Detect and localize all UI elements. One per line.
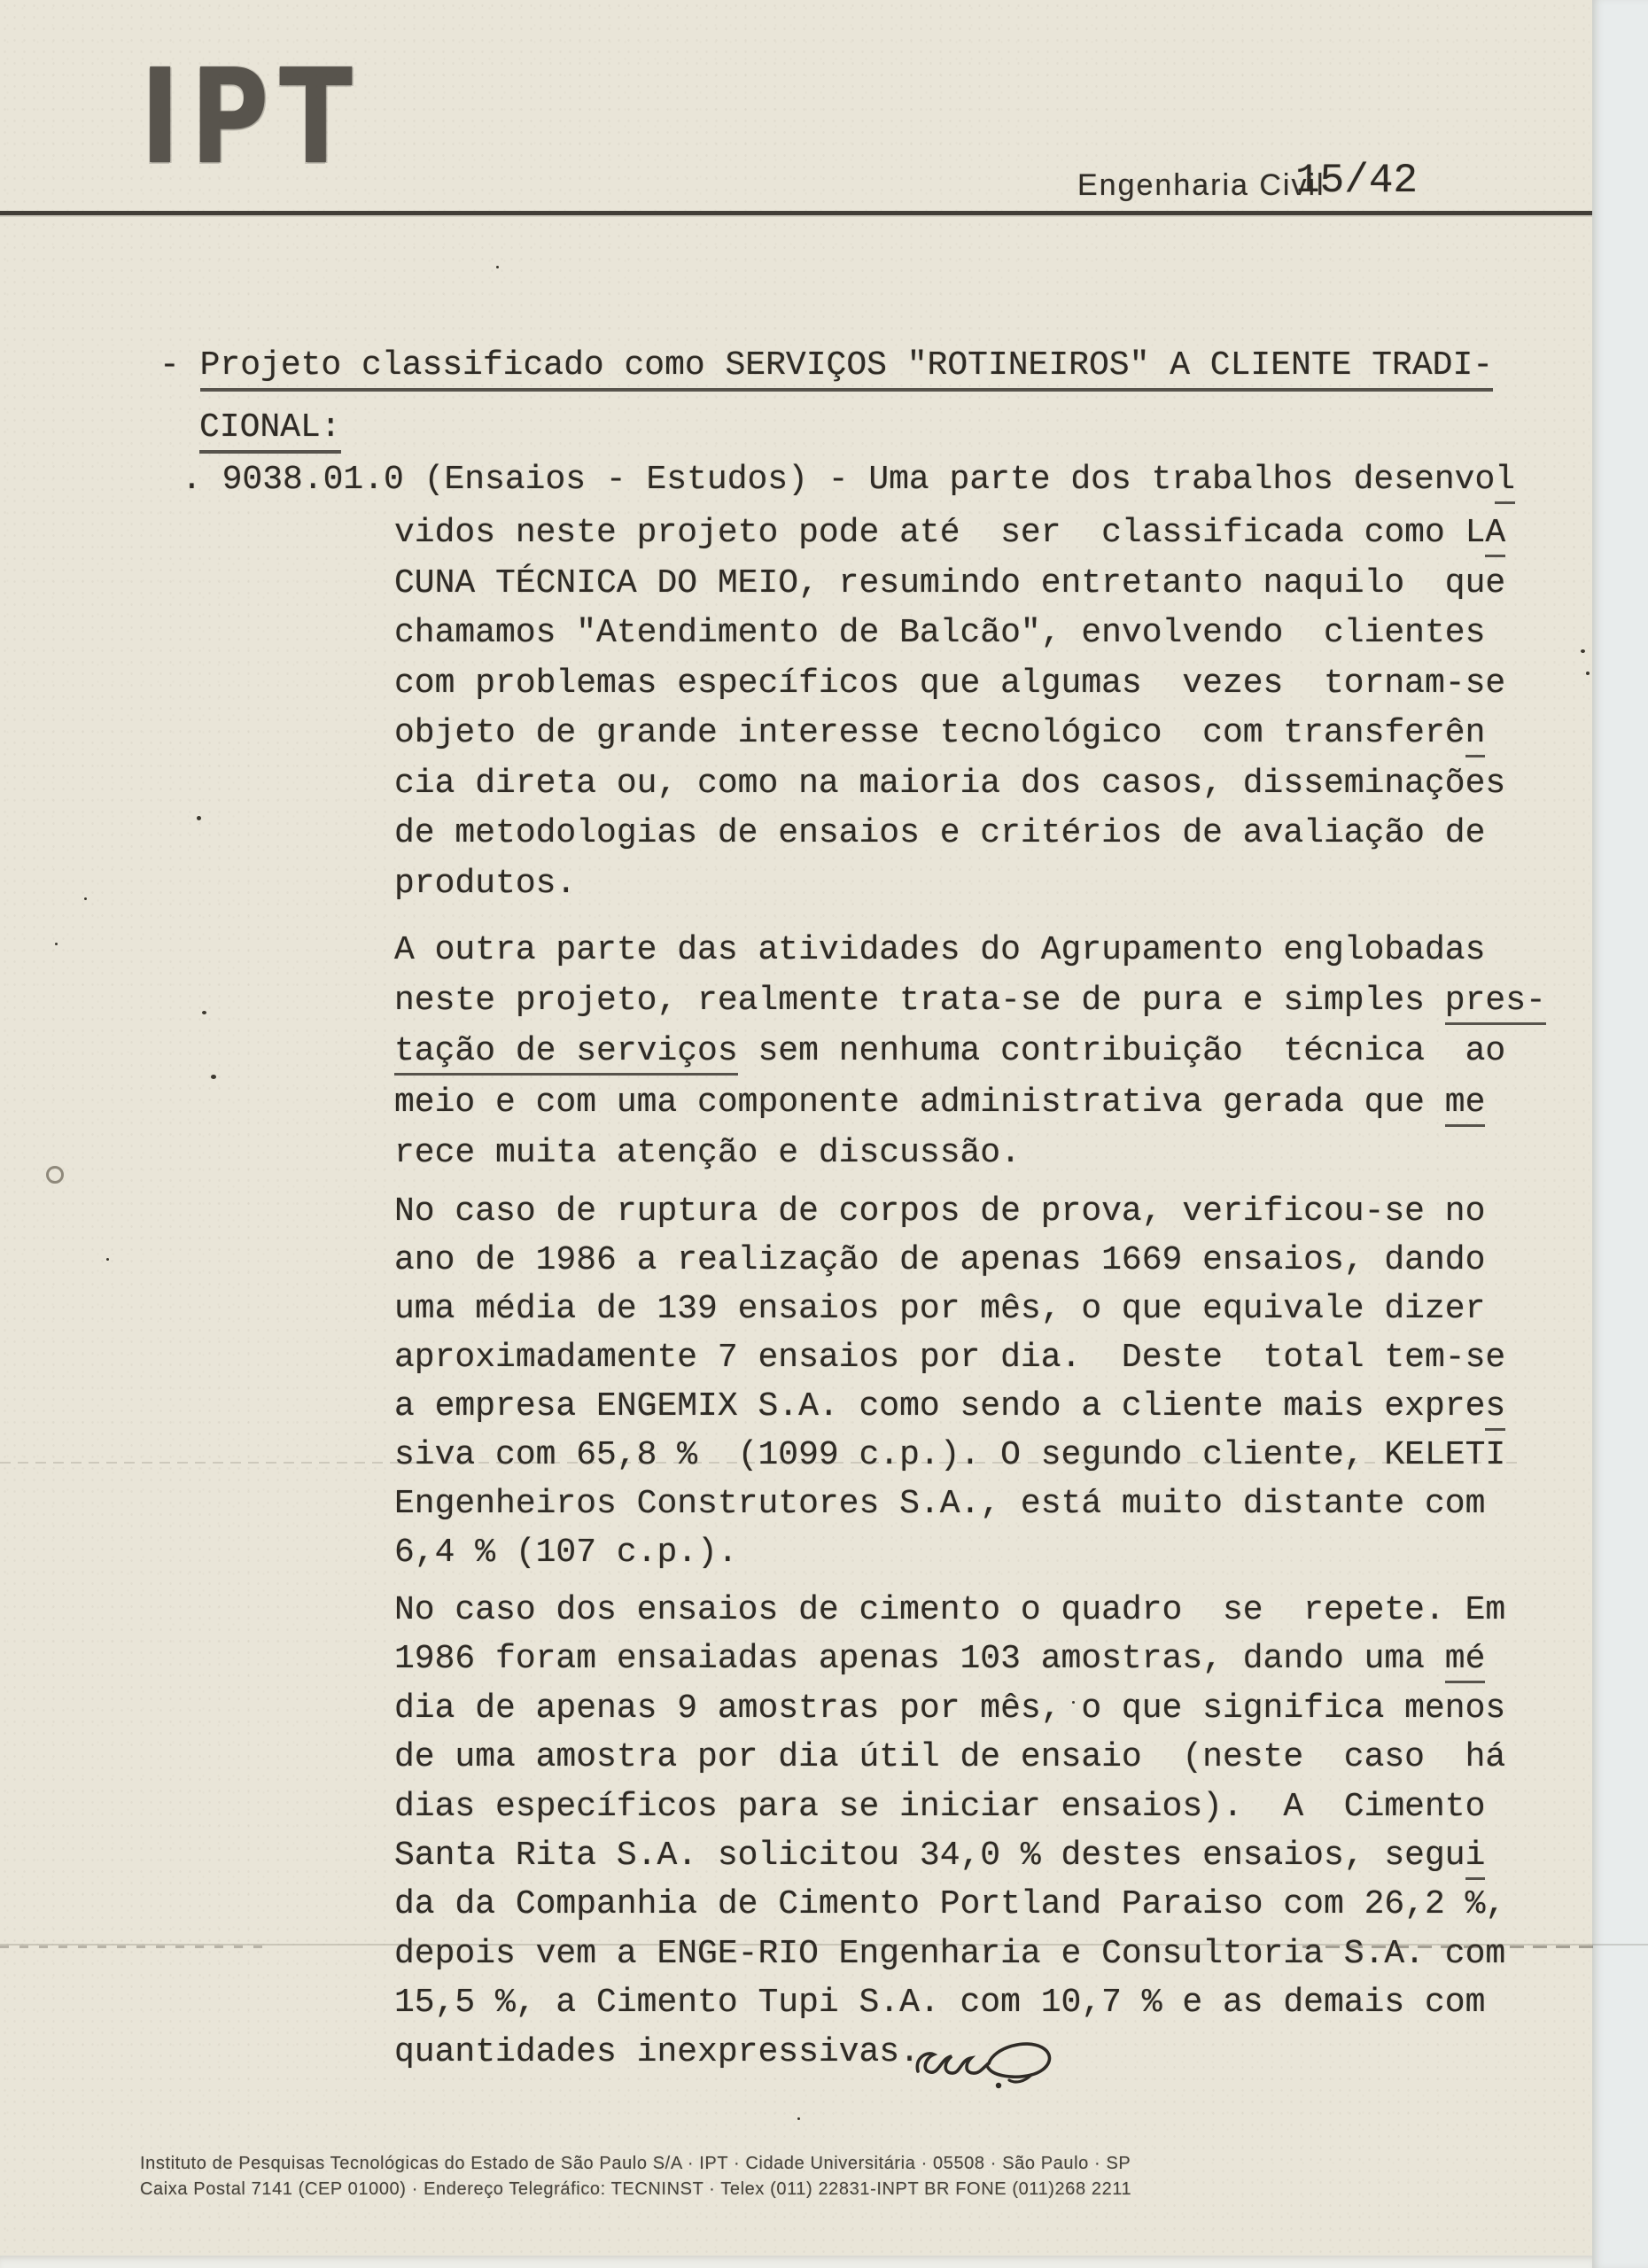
ink-speck bbox=[84, 897, 87, 900]
footer-line-1: Instituto de Pesquisas Tecnológicas do E… bbox=[140, 2151, 1131, 2177]
text-line: 1986 foram ensaiadas apenas 103 amostras… bbox=[394, 1635, 1505, 1683]
section-heading: - Projeto classificado como SERVIÇOS "RO… bbox=[159, 335, 1493, 459]
ink-speck bbox=[797, 2117, 800, 2120]
text-line: A outra parte das atividades do Agrupame… bbox=[394, 925, 1546, 975]
text-line: uma média de 139 ensaios por mês, o que … bbox=[394, 1285, 1505, 1333]
page-number: 15/42 bbox=[1295, 158, 1418, 204]
text-line: de uma amostra por dia útil de ensaio (n… bbox=[394, 1733, 1505, 1782]
crease-line-faint bbox=[0, 1462, 1524, 1464]
crease-line-dashes-right bbox=[1302, 1946, 1595, 1948]
text-line: 6,4 % (107 c.p.). bbox=[394, 1528, 1505, 1577]
header-rule bbox=[0, 211, 1592, 215]
crease-line-dashes-left bbox=[0, 1946, 266, 1948]
ipt-logo-stamp: IPT bbox=[140, 51, 362, 183]
ink-speck bbox=[211, 1075, 216, 1079]
scan-edge-right bbox=[1592, 0, 1648, 2268]
text-line: Santa Rita S.A. solicitou 34,0 % destes … bbox=[394, 1831, 1505, 1880]
scan-edge-bottom bbox=[0, 2256, 1592, 2268]
ink-speck bbox=[202, 1011, 206, 1014]
text-line: siva com 65,8 % (1099 c.p.). O segundo c… bbox=[394, 1431, 1505, 1480]
ink-speck bbox=[1586, 672, 1590, 675]
text-line: tação de serviços sem nenhuma contribuiç… bbox=[394, 1026, 1546, 1076]
item-code-line: . 9038.01.0 (Ensaios - Estudos) - Uma pa… bbox=[182, 454, 1515, 507]
text-line: No caso dos ensaios de cimento o quadro … bbox=[394, 1586, 1505, 1635]
footer-line-2: Caixa Postal 7141 (CEP 01000) · Endereço… bbox=[140, 2177, 1131, 2202]
text-line: neste projeto, realmente trata-se de pur… bbox=[394, 975, 1546, 1026]
text-line: CUNA TÉCNICA DO MEIO, resumindo entretan… bbox=[394, 559, 1505, 610]
text-line: 15,5 %, a Cimento Tupi S.A. com 10,7 % e… bbox=[394, 1978, 1505, 2027]
text-line: produtos. bbox=[394, 859, 1505, 910]
text-line: No caso de ruptura de corpos de prova, v… bbox=[394, 1187, 1505, 1236]
text-line: vidos neste projeto pode até ser classif… bbox=[394, 509, 1505, 559]
text-line: - Projeto classificado como SERVIÇOS "RO… bbox=[159, 335, 1493, 397]
ink-speck bbox=[106, 1258, 109, 1261]
text-line: a empresa ENGEMIX S.A. como sendo a clie… bbox=[394, 1382, 1505, 1431]
ink-speck bbox=[496, 266, 499, 268]
ink-speck bbox=[1581, 649, 1585, 653]
text-line: aproximadamente 7 ensaios por dia. Deste… bbox=[394, 1333, 1505, 1382]
paragraph-4: No caso dos ensaios de cimento o quadro … bbox=[394, 1586, 1505, 2077]
text-line: objeto de grande interesse tecnológico c… bbox=[394, 709, 1505, 759]
text-line: de metodologias de ensaios e critérios d… bbox=[394, 809, 1505, 859]
text-line: ano de 1986 a realização de apenas 1669 … bbox=[394, 1236, 1505, 1285]
text-line: cia direta ou, como na maioria dos casos… bbox=[394, 759, 1505, 810]
text-line: CIONAL: bbox=[199, 397, 1493, 459]
signature-scribble bbox=[911, 2031, 1061, 2093]
ink-speck bbox=[55, 943, 58, 945]
ink-speck bbox=[197, 816, 201, 820]
text-line: . 9038.01.0 (Ensaios - Estudos) - Uma pa… bbox=[182, 454, 1515, 507]
text-line: rece muita atenção e discussão. bbox=[394, 1128, 1546, 1178]
text-line: com problemas específicos que algumas ve… bbox=[394, 659, 1505, 710]
ink-ring-speck bbox=[46, 1166, 64, 1184]
document-page: { "colors": { "paper": "#e9e5d8", "ink":… bbox=[0, 0, 1648, 2268]
department-label: Engenharia Civil bbox=[1077, 168, 1325, 203]
paragraph-1: vidos neste projeto pode até ser classif… bbox=[394, 509, 1505, 909]
text-line: meio e com uma componente administrativa… bbox=[394, 1077, 1546, 1128]
ink-speck bbox=[1072, 1701, 1075, 1704]
footer: Instituto de Pesquisas Tecnológicas do E… bbox=[140, 2151, 1131, 2202]
text-line: dias específicos para se iniciar ensaios… bbox=[394, 1783, 1505, 1831]
paragraph-3: No caso de ruptura de corpos de prova, v… bbox=[394, 1187, 1505, 1577]
text-line: depois vem a ENGE-RIO Engenharia e Consu… bbox=[394, 1930, 1505, 1978]
text-line: chamamos "Atendimento de Balcão", envolv… bbox=[394, 609, 1505, 659]
paragraph-2: A outra parte das atividades do Agrupame… bbox=[394, 925, 1546, 1178]
text-line: dia de apenas 9 amostras por mês, o que … bbox=[394, 1684, 1505, 1733]
text-line: da da Companhia de Cimento Portland Para… bbox=[394, 1880, 1505, 1929]
text-line: Engenheiros Construtores S.A., está muit… bbox=[394, 1480, 1505, 1528]
